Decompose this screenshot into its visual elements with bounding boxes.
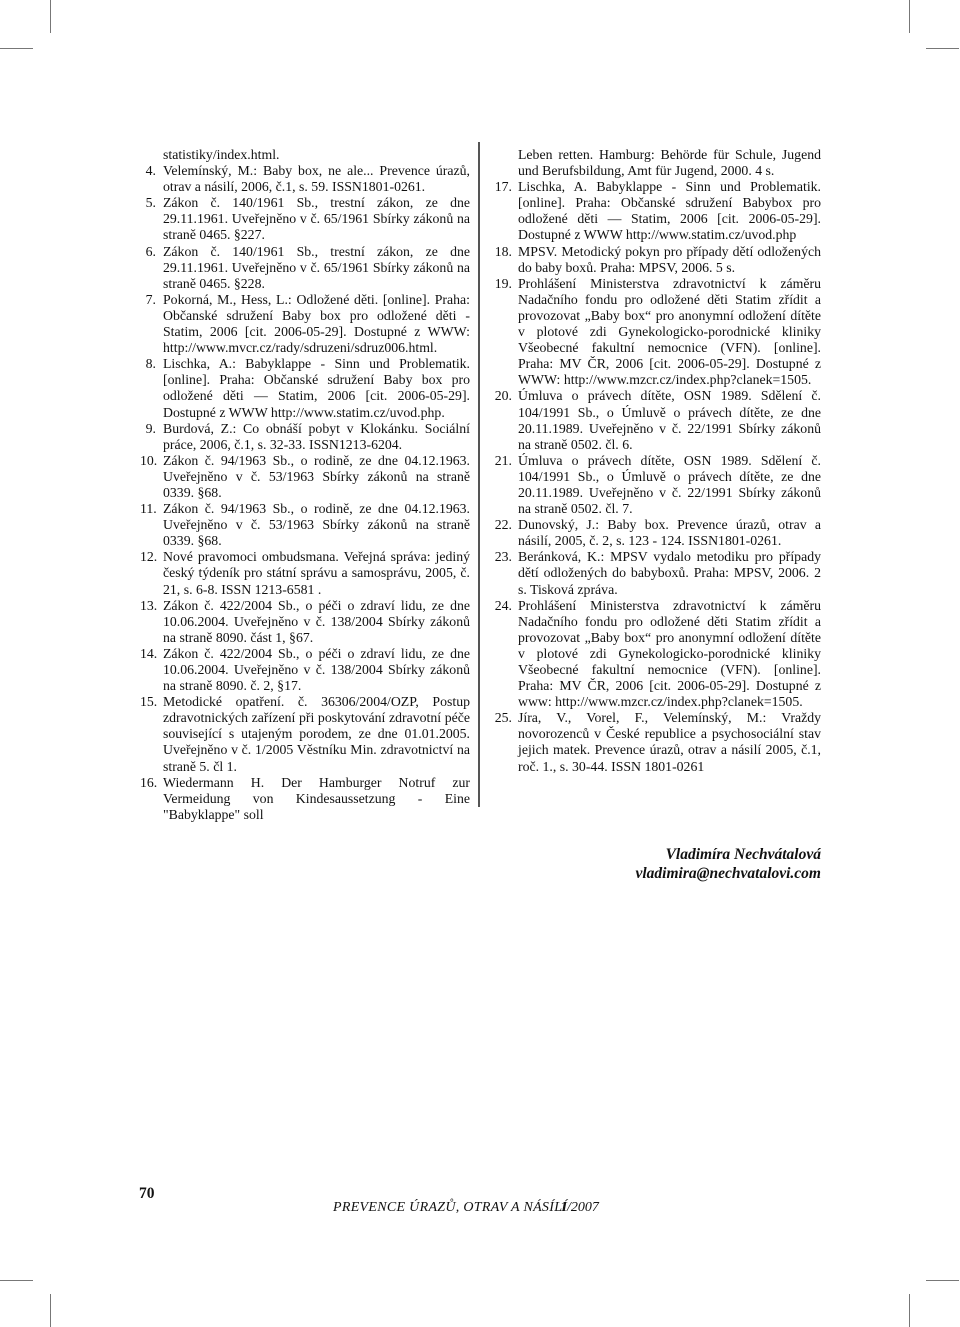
- journal-title: PREVENCE ÚRAZŮ, OTRAV A NÁSÍLÍ: [333, 1200, 567, 1216]
- page-number: 70: [139, 1185, 155, 1203]
- reference-item-5: 5.Zákon č. 140/1961 Sb., trestní zákon, …: [140, 195, 470, 243]
- reference-text: Zákon č. 94/1963 Sb., o rodině, ze dne 0…: [163, 453, 470, 500]
- reference-item-8: 8.Lischka, A.: Babyklappe - Sinn und Pro…: [140, 356, 470, 420]
- reference-item-13: 13.Zákon č. 422/2004 Sb., o péči o zdrav…: [140, 598, 470, 646]
- document-page: statistiky/index.html. 4.Velemínský, M.:…: [0, 0, 960, 1327]
- crop-mark-top-right-horizontal: [926, 48, 959, 49]
- crop-mark-bottom-left-vertical: [50, 1294, 51, 1327]
- reference-text: Jíra, V., Vorel, F., Velemínský, M.: Vra…: [518, 710, 821, 773]
- reference-number: 24.: [492, 598, 512, 614]
- reference-text: Dunovský, J.: Baby box. Prevence úrazů, …: [518, 517, 821, 548]
- reference-item-18: 18.MPSV. Metodický pokyn pro případy dět…: [492, 244, 821, 276]
- reference-item-25: 25.Jíra, V., Vorel, F., Velemínský, M.: …: [492, 710, 821, 774]
- reference-text: Zákon č. 422/2004 Sb., o péči o zdraví l…: [163, 598, 470, 645]
- reference-continuation-left: statistiky/index.html.: [140, 147, 470, 163]
- reference-text: MPSV. Metodický pokyn pro případy dětí o…: [518, 244, 821, 275]
- column-divider-rule: [478, 142, 480, 807]
- reference-item-4: 4.Velemínský, M.: Baby box, ne ale... Pr…: [140, 163, 470, 195]
- crop-mark-bottom-right-horizontal: [926, 1280, 959, 1281]
- reference-number: 7.: [140, 292, 156, 308]
- references-right-column: Leben retten. Hamburg: Behörde für Schul…: [492, 147, 821, 775]
- crop-mark-top-left-horizontal: [0, 48, 33, 49]
- reference-number: 22.: [492, 517, 512, 533]
- reference-number: 4.: [140, 163, 156, 179]
- references-left-column: statistiky/index.html. 4.Velemínský, M.:…: [140, 147, 470, 823]
- reference-number: 6.: [140, 244, 156, 260]
- reference-text: Wiedermann H. Der Hamburger Notruf zur V…: [163, 775, 470, 822]
- reference-number: 16.: [140, 775, 156, 791]
- reference-item-9: 9.Burdová, Z.: Co obnáší pobyt v Klokánk…: [140, 421, 470, 453]
- reference-number: 18.: [492, 244, 512, 260]
- reference-item-7: 7.Pokorná, M., Hess, L.: Odložené děti. …: [140, 292, 470, 356]
- reference-item-21: 21.Úmluva o právech dítěte, OSN 1989. Sd…: [492, 453, 821, 517]
- reference-number: 20.: [492, 388, 512, 404]
- reference-item-11: 11.Zákon č. 94/1963 Sb., o rodině, ze dn…: [140, 501, 470, 549]
- reference-text: Metodické opatření. č. 36306/2004/OZP, P…: [163, 694, 470, 773]
- reference-item-22: 22.Dunovský, J.: Baby box. Prevence úraz…: [492, 517, 821, 549]
- reference-item-16: 16.Wiedermann H. Der Hamburger Notruf zu…: [140, 775, 470, 823]
- reference-item-12: 12.Nové pravomoci ombudsmana. Veřejná sp…: [140, 549, 470, 597]
- crop-mark-bottom-left-horizontal: [0, 1280, 33, 1281]
- reference-text: Zákon č. 140/1961 Sb., trestní zákon, ze…: [163, 244, 470, 291]
- reference-number: 10.: [140, 453, 156, 469]
- reference-text: Lischka, A. Babyklappe - Sinn und Proble…: [518, 179, 821, 242]
- reference-number: 8.: [140, 356, 156, 372]
- reference-number: 25.: [492, 710, 512, 726]
- reference-item-14: 14.Zákon č. 422/2004 Sb., o péči o zdrav…: [140, 646, 470, 694]
- author-signature: Vladimíra Nechvátalová vladimira@nechvat…: [492, 845, 821, 883]
- reference-number: 14.: [140, 646, 156, 662]
- reference-text: Zákon č. 140/1961 Sb., trestní zákon, ze…: [163, 195, 470, 242]
- reference-number: 15.: [140, 694, 156, 710]
- reference-text: Prohlášení Ministerstva zdravotnictví k …: [518, 598, 821, 710]
- reference-number: 11.: [140, 501, 156, 517]
- reference-text: Zákon č. 94/1963 Sb., o rodině, ze dne 0…: [163, 501, 470, 548]
- reference-number: 17.: [492, 179, 512, 195]
- reference-text: Lischka, A.: Babyklappe - Sinn und Probl…: [163, 356, 470, 419]
- author-email: vladimira@nechvatalovi.com: [492, 864, 821, 883]
- reference-text: Nové pravomoci ombudsmana. Veřejná správ…: [163, 549, 470, 596]
- crop-mark-top-left-vertical: [50, 0, 51, 33]
- reference-number: 9.: [140, 421, 156, 437]
- reference-continuation-right: Leben retten. Hamburg: Behörde für Schul…: [492, 147, 821, 179]
- reference-item-23: 23.Beránková, K.: MPSV vydalo metodiku p…: [492, 549, 821, 597]
- reference-text: Prohlášení Ministerstva zdravotnictví k …: [518, 276, 821, 388]
- reference-text: Úmluva o právech dítěte, OSN 1989. Sděle…: [518, 453, 821, 516]
- reference-text: Beránková, K.: MPSV vydalo metodiku pro …: [518, 549, 821, 596]
- reference-number: 19.: [492, 276, 512, 292]
- reference-number: 21.: [492, 453, 512, 469]
- reference-text: Zákon č. 422/2004 Sb., o péči o zdraví l…: [163, 646, 470, 693]
- reference-item-20: 20.Úmluva o právech dítěte, OSN 1989. Sd…: [492, 388, 821, 452]
- reference-item-24: 24.Prohlášení Ministerstva zdravotnictví…: [492, 598, 821, 711]
- reference-item-6: 6.Zákon č. 140/1961 Sb., trestní zákon, …: [140, 244, 470, 292]
- reference-text: Burdová, Z.: Co obnáší pobyt v Klokánku.…: [163, 421, 470, 452]
- reference-item-10: 10.Zákon č. 94/1963 Sb., o rodině, ze dn…: [140, 453, 470, 501]
- reference-number: 13.: [140, 598, 156, 614]
- reference-item-15: 15.Metodické opatření. č. 36306/2004/OZP…: [140, 694, 470, 774]
- reference-number: 5.: [140, 195, 156, 211]
- reference-number: 12.: [140, 549, 156, 565]
- reference-number: 23.: [492, 549, 512, 565]
- reference-item-17: 17.Lischka, A. Babyklappe - Sinn und Pro…: [492, 179, 821, 243]
- crop-mark-bottom-right-vertical: [909, 1294, 910, 1327]
- author-name: Vladimíra Nechvátalová: [492, 845, 821, 864]
- reference-text: Velemínský, M.: Baby box, ne ale... Prev…: [163, 163, 470, 194]
- issue-number: 1/2007: [560, 1200, 599, 1216]
- reference-item-19: 19.Prohlášení Ministerstva zdravotnictví…: [492, 276, 821, 389]
- reference-text: Pokorná, M., Hess, L.: Odložené děti. [o…: [163, 292, 470, 355]
- crop-mark-top-right-vertical: [909, 0, 910, 33]
- reference-text: Úmluva o právech dítěte, OSN 1989. Sděle…: [518, 388, 821, 451]
